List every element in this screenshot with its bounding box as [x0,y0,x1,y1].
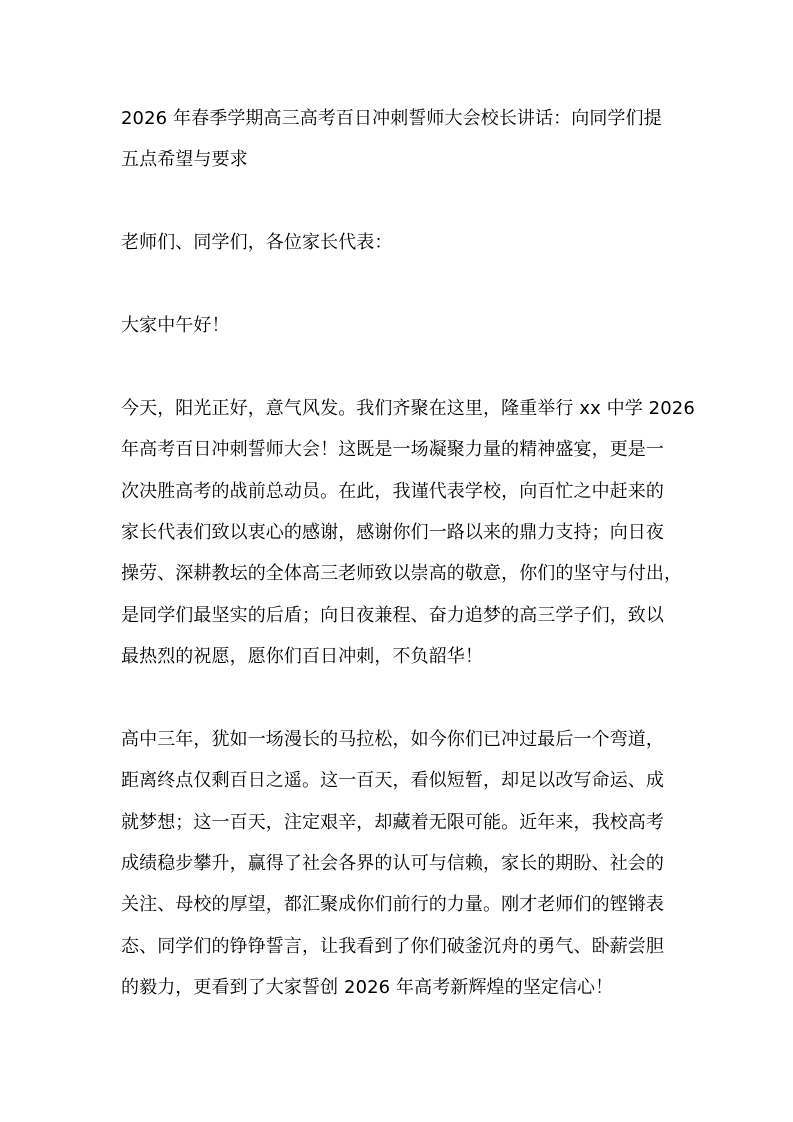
text-line: 大家中午好！ [121,305,683,346]
title-line: 2026 年春季学期高三高考百日冲刺誓师大会校长讲话：向同学们提 [121,98,683,139]
paragraph-body: 高中三年，犹如一场漫长的马拉松，如今你们已冲过最后一个弯道， 距离终点仅剩百日之… [121,719,683,1009]
title-line: 五点希望与要求 [121,139,683,180]
paragraph-salutation: 老师们、同学们，各位家长代表： [121,222,683,263]
text-line: 操劳、深耕教坛的全体高三老师致以崇高的敬意，你们的坚守与付出， [121,553,683,594]
text-line: 家长代表们致以衷心的感谢，感谢你们一路以来的鼎力支持；向日夜 [121,512,683,553]
text-line: 距离终点仅剩百日之遥。这一百天，看似短暂，却足以改写命运、成 [121,760,683,801]
text-line: 是同学们最坚实的后盾；向日夜兼程、奋力追梦的高三学子们，致以 [121,595,683,636]
text-line: 关注、母校的厚望，都汇聚成你们前行的力量。刚才老师们的铿锵表 [121,884,683,925]
text-line: 最热烈的祝愿，愿你们百日冲刺，不负韶华！ [121,636,683,677]
document-page: 2026 年春季学期高三高考百日冲刺誓师大会校长讲话：向同学们提 五点希望与要求… [0,0,793,1122]
text-line: 次决胜高考的战前总动员。在此，我谨代表学校，向百忙之中赶来的 [121,471,683,512]
text-line: 就梦想；这一百天，注定艰辛，却藏着无限可能。近年来，我校高考 [121,802,683,843]
document-title: 2026 年春季学期高三高考百日冲刺誓师大会校长讲话：向同学们提 五点希望与要求 [121,98,683,181]
text-line: 态、同学们的铮铮誓言，让我看到了你们破釜沉舟的勇气、卧薪尝胆 [121,926,683,967]
text-line: 的毅力，更看到了大家誓创 2026 年高考新辉煌的坚定信心！ [121,967,683,1008]
paragraph-greeting: 大家中午好！ [121,305,683,346]
text-line: 老师们、同学们，各位家长代表： [121,222,683,263]
text-line: 成绩稳步攀升，赢得了社会各界的认可与信赖，家长的期盼、社会的 [121,843,683,884]
text-line: 高中三年，犹如一场漫长的马拉松，如今你们已冲过最后一个弯道， [121,719,683,760]
text-line: 今天，阳光正好，意气风发。我们齐聚在这里，隆重举行 xx 中学 2026 [121,388,683,429]
text-line: 年高考百日冲刺誓师大会！这既是一场凝聚力量的精神盛宴，更是一 [121,429,683,470]
paragraph-opening: 今天，阳光正好，意气风发。我们齐聚在这里，隆重举行 xx 中学 2026 年高考… [121,388,683,678]
document-content: 2026 年春季学期高三高考百日冲刺誓师大会校长讲话：向同学们提 五点希望与要求… [121,98,683,1050]
